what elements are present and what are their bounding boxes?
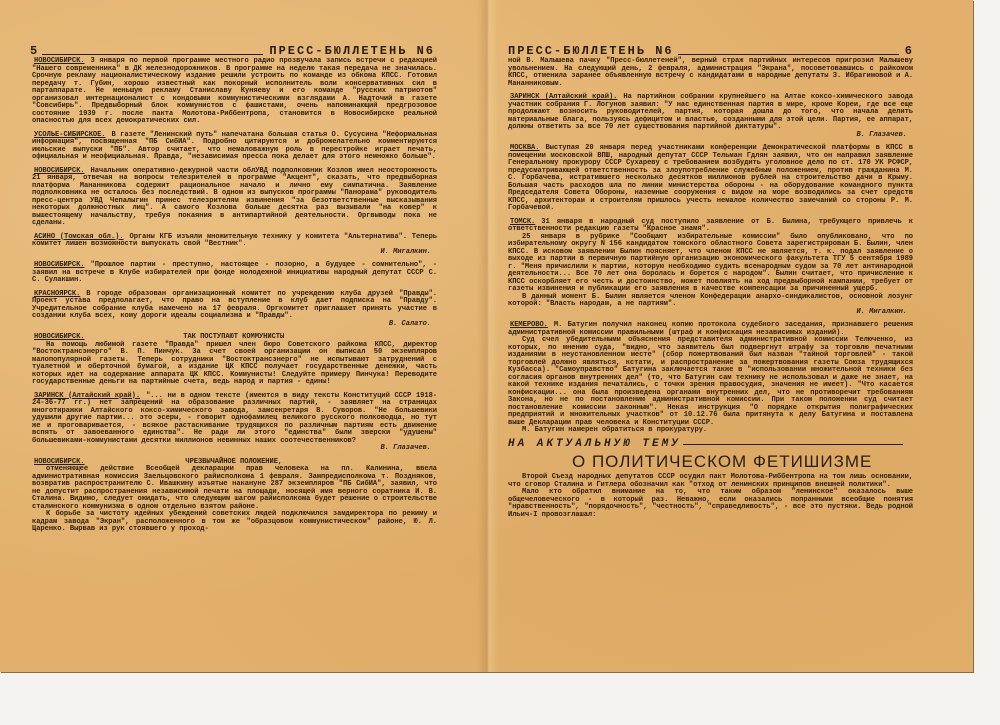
paragraph-text: отменяющее действие Всеобщей декларации …: [32, 465, 437, 511]
topical-section-rule: [683, 444, 903, 445]
item-paragraph: УСОЛЬЕ-СИБИРСКОЕ.В газете "Ленинский пут…: [32, 132, 437, 162]
news-item: МОСКВА.Выступая 20 января перед участник…: [508, 145, 913, 213]
publication-title: ПРЕСС-БЮЛЛЕТЕНЬ N6: [508, 44, 674, 58]
paragraph-text: На помощь любимой газете "Правда" пришел…: [32, 341, 437, 387]
item-paragraph: М. Батугин намерен обратиться в прокурат…: [508, 427, 913, 435]
news-item: НОВОСИБИРСК.3 января по первой программе…: [32, 58, 437, 126]
author-signature: И. Мигалкин.: [508, 309, 913, 317]
left-page: 5 ПРЕСС-БЮЛЛЕТЕНЬ N6 НОВОСИБИРСК.3 январ…: [0, 0, 478, 672]
news-item: НОВОСИБИРСК.ТАК ПОСТУПАЮТ КОММУНИСТЫНа п…: [32, 334, 437, 387]
item-paragraph: ной В. Малышева пачку "Пресс-бюллетеней"…: [508, 58, 913, 88]
item-paragraph: НОВОСИБИРСК."Прошлое партии - преступно,…: [32, 262, 437, 285]
paragraph-text: В городе образован организационный комит…: [32, 290, 437, 321]
left-page-header: 5 ПРЕСС-БЮЛЛЕТЕНЬ N6: [30, 44, 435, 58]
page-fold: [477, 0, 499, 672]
news-item: КЕМЕРОВО.М. Батугин получил наконец копи…: [508, 322, 913, 435]
news-item: ЗАРИНСК (Алтайский край)."... ни в одном…: [32, 393, 437, 453]
item-paragraph: НОВОСИБИРСК.3 января по первой программе…: [32, 58, 437, 126]
article-paragraph: Второй Съезд народных депутатов СССР осу…: [508, 474, 913, 489]
news-item: ЗАРИНСК (Алтайский край).На партийном со…: [508, 94, 913, 139]
item-paragraph: КРАСНОЯРСК.В городе образован организаци…: [32, 291, 437, 321]
left-page-body: НОВОСИБИРСК.3 января по первой программе…: [32, 58, 437, 540]
page-number: 5: [30, 44, 38, 58]
item-paragraph: На помощь любимой газете "Правда" пришел…: [32, 342, 437, 387]
item-paragraph: АСИНО (Томская обл.).Органы КГБ изъяли м…: [32, 234, 437, 249]
news-item: НОВОСИБИРСК.ЧРЕЗВЫЧАЙНОЕ ПОЛОЖЕНИЕ,отмен…: [32, 459, 437, 534]
article-title: О ПОЛИТИЧЕСКОМ ФЕТИШИЗМЕ: [572, 452, 913, 472]
item-paragraph: отменяющее действие Всеобщей декларации …: [32, 466, 437, 511]
item-paragraph: ТОМСК.31 января в народный суд поступило…: [508, 219, 913, 234]
paragraph-text: "Прошлое партии - преступно, настоящее -…: [32, 261, 437, 284]
header-rule: [678, 53, 899, 55]
topical-section-header: НА АКТУАЛЬНУЮ ТЕМУ: [508, 441, 913, 449]
paragraph-text: В данный момент Б. Былин является членом…: [508, 293, 913, 309]
author-signature: В. Салато.: [32, 321, 437, 329]
news-item: АСИНО (Томская обл.).Органы КГБ изъяли м…: [32, 234, 437, 257]
news-item: УСОЛЬЕ-СИБИРСКОЕ.В газете "Ленинский пут…: [32, 132, 437, 162]
item-paragraph: МОСКВА.Выступая 20 января перед участник…: [508, 145, 913, 213]
author-signature: В. Глазачев.: [508, 132, 913, 140]
news-item: НОВОСИБИРСК.Начальник оперативно-дежурно…: [32, 168, 437, 228]
right-page-header: ПРЕСС-БЮЛЛЕТЕНЬ N6 6: [508, 44, 913, 58]
item-paragraph: КЕМЕРОВО.М. Батугин получил наконец копи…: [508, 322, 913, 337]
item-paragraph: К борьбе за чистоту идейных убеждений со…: [32, 511, 437, 534]
right-page: ПРЕСС-БЮЛЛЕТЕНЬ N6 6 ной В. Малышева пач…: [500, 0, 973, 672]
right-page-body: ной В. Малышева пачку "Пресс-бюллетеней"…: [508, 58, 913, 525]
paragraph-text: М. Батугин получил наконец копию протоко…: [508, 321, 913, 337]
paragraph-text: "... ни в одном тексте (имеются в виду т…: [32, 392, 437, 445]
paragraph-text: Выступая 20 января перед участниками кон…: [508, 144, 913, 212]
paragraph-text: Суд счел убедительными объяснения предст…: [508, 336, 913, 427]
item-paragraph: 25 января в рубрике "Сообщают избиратель…: [508, 234, 913, 294]
item-paragraph: НОВОСИБИРСК.Начальник оперативно-дежурно…: [32, 168, 437, 228]
paragraph-text: М. Батугин намерен обратиться в прокурат…: [522, 426, 707, 434]
item-paragraph: ЗАРИНСК (Алтайский край)."... ни в одном…: [32, 393, 437, 446]
header-rule: [42, 53, 263, 55]
item-paragraph: В данный момент Б. Былин является членом…: [508, 294, 913, 309]
newsletter-spread: 5 ПРЕСС-БЮЛЛЕТЕНЬ N6 НОВОСИБИРСК.3 январ…: [0, 0, 973, 672]
author-signature: И. Мигалкин.: [32, 249, 437, 257]
news-item: ТОМСК.31 января в народный суд поступило…: [508, 219, 913, 317]
paragraph-text: 25 января в рубрике "Сообщают избиратель…: [508, 233, 913, 294]
news-item: ной В. Малышева пачку "Пресс-бюллетеней"…: [508, 58, 913, 88]
item-paragraph: Суд счел убедительными объяснения предст…: [508, 337, 913, 427]
news-item: КРАСНОЯРСК.В городе образован организаци…: [32, 291, 437, 329]
publication-title: ПРЕСС-БЮЛЛЕТЕНЬ N6: [269, 44, 435, 58]
paragraph-text: 3 января по первой программе местного ра…: [32, 57, 437, 125]
article-body: Второй Съезд народных депутатов СССР осу…: [508, 474, 913, 519]
news-item: НОВОСИБИРСК."Прошлое партии - преступно,…: [32, 262, 437, 285]
article-paragraph: Мало кто обратил внимание на то, что так…: [508, 489, 913, 519]
page-number: 6: [905, 44, 913, 58]
author-signature: В. Глазачев.: [32, 445, 437, 453]
paragraph-text: 31 января в народный суд поступило заявл…: [508, 218, 913, 234]
topical-section-label: НА АКТУАЛЬНУЮ ТЕМУ: [508, 441, 681, 449]
paragraph-text: ной В. Малышева пачку "Пресс-бюллетеней"…: [508, 57, 913, 88]
paragraph-text: К борьбе за чистоту идейных убеждений со…: [32, 510, 437, 533]
item-paragraph: ЗАРИНСК (Алтайский край).На партийном со…: [508, 94, 913, 132]
paragraph-text: Начальник оперативно-дежурной части облУ…: [32, 167, 437, 228]
